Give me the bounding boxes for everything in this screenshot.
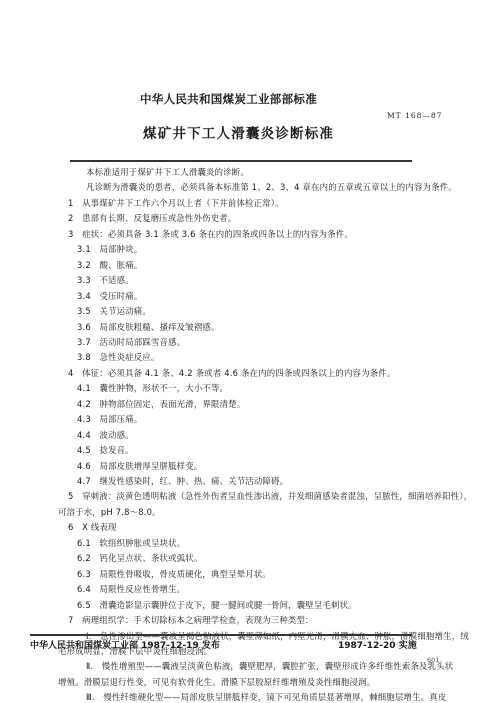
text-line: 3.3 不适感。 bbox=[77, 275, 134, 285]
text-line: 4.4 波动感。 bbox=[77, 430, 134, 440]
text-line: 4.3 局部压痛。 bbox=[77, 414, 142, 424]
standard-code: MT 168—87 bbox=[387, 111, 442, 120]
text-line: 1 从事煤矿井下工作六个月以上者（下井前体检正常）。 bbox=[68, 198, 284, 208]
text-line: 凡诊断为滑囊炎的患者，必须具备本标准第 1、2、3、4 章在内的五章或五章以上的… bbox=[86, 182, 457, 192]
text-line: 6.5 滑囊造影显示囊肿位于皮下，腱一腱间或腱一骨间，囊壁呈毛刺状。 bbox=[77, 600, 357, 610]
text-line: 6.4 局限性反应性骨增生。 bbox=[77, 584, 185, 594]
text-line: 4.2 肿物部位固定，表面光滑，界限清楚。 bbox=[77, 399, 245, 409]
effective-date: 1987-12-20 实施 bbox=[338, 638, 417, 651]
text-line: 5 穿刺液：淡黄色透明粘液（急性外伤者呈血性渗出液，并发细菌感染者混浊，呈脓性，… bbox=[68, 491, 472, 501]
text-line: 6.1 软组织肿胀或呈块状。 bbox=[77, 538, 185, 548]
issuing-organization: 中华人民共和国煤炭工业部部标准 bbox=[140, 91, 317, 107]
footer-divider bbox=[30, 634, 412, 636]
text-line: 可溶于水，pH 7.8～8.0。 bbox=[58, 507, 161, 517]
text-line: 3.2 酸、胀痛。 bbox=[77, 260, 142, 270]
text-line: 增殖。滑膜层退行性变，可见有软骨化生。滑膜下层胶原纤维增殖及炎性细胞浸润。 bbox=[58, 677, 375, 687]
text-line: 4 体征：必须具备 4.1 条、4.2 条或者 4.6 条在内的四条或四条以上的… bbox=[68, 368, 395, 378]
text-line: 3.8 急性炎症反应。 bbox=[77, 352, 160, 362]
text-line: 3.6 局部皮肤粗糙、搔痒及皱褶感。 bbox=[77, 322, 220, 332]
text-line: 4.7 继发性感染时，红、肿、热、痛、关节活动障碍。 bbox=[77, 476, 288, 486]
text-line: 6 X 线表现 bbox=[68, 522, 117, 532]
text-line: Ⅱ. 慢性增殖型——囊液呈淡黄色粘液，囊壁肥厚，囊腔扩张，囊壁形成许多纤维性索条… bbox=[86, 661, 453, 671]
text-line: 3.7 活动时局部踩雪音感。 bbox=[77, 337, 185, 347]
text-line: 7 病理组织学：手术切除标本之病理学检查，表现为三种类型： bbox=[68, 615, 314, 625]
text-line: 3.1 局部肿块。 bbox=[77, 244, 142, 254]
text-line: 6.2 钙化呈点状、条状或弧状。 bbox=[77, 553, 202, 563]
page-number: 601 bbox=[427, 656, 439, 664]
text-line: 4.6 局部皮肤增厚呈胼胝样变。 bbox=[77, 461, 202, 471]
issue-date: 中华人民共和国煤炭工业部 1987-12-19 发布 bbox=[30, 638, 220, 651]
document-title: 煤矿井下工人滑囊炎诊断标准 bbox=[143, 122, 334, 142]
text-line: 2 患部有长期、反复磨压或急性外伤史者。 bbox=[68, 213, 236, 223]
header-divider bbox=[70, 160, 412, 162]
text-line: 本标准适用于煤矿井下工人滑囊炎的诊断。 bbox=[86, 167, 249, 177]
text-line: 3 症状：必须具备 3.1 条或 3.6 条在内的四条或四条以上的内容为条件。 bbox=[68, 229, 353, 239]
text-line: 3.4 受压时痛。 bbox=[77, 291, 142, 301]
text-line: 3.5 关节运动痛。 bbox=[77, 306, 151, 316]
text-line: 4.5 捻发音。 bbox=[77, 445, 134, 455]
text-line: 4.1 囊性肿物，形状不一，大小不等。 bbox=[77, 383, 228, 393]
text-line: 6.3 局限性骨吸收，骨皮质硬化，典型呈晕月状。 bbox=[77, 569, 271, 579]
text-line: Ⅲ. 慢性纤维硬化型——局部皮肤呈胼胝样变，镜下可见角质层显著增厚，棘细胞层增生… bbox=[86, 692, 446, 702]
